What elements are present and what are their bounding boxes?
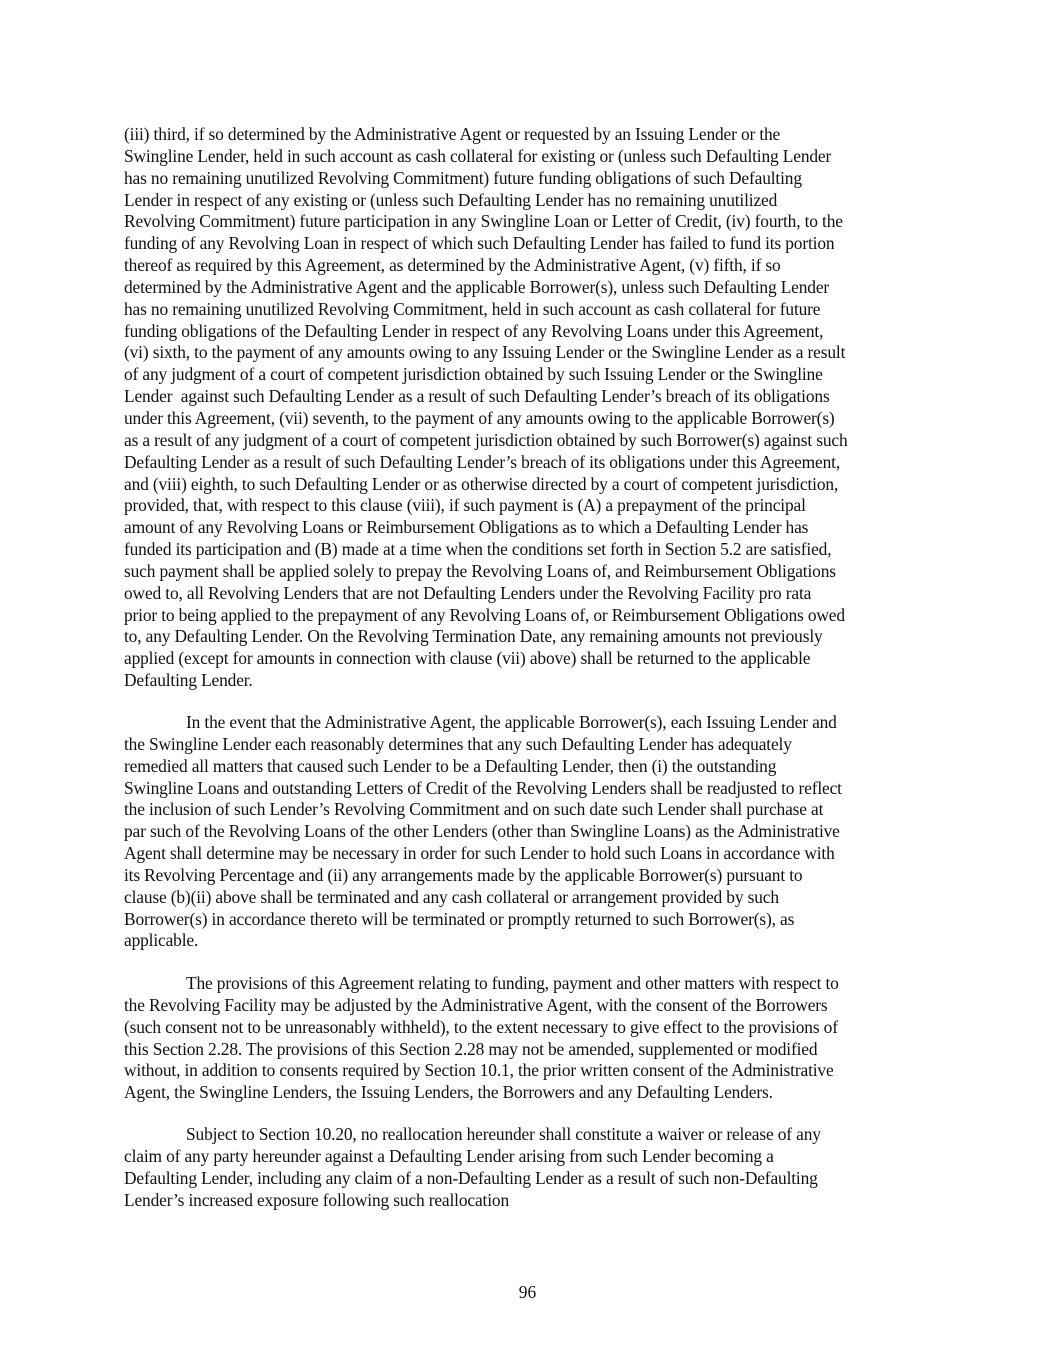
- text-line: to, any Defaulting Lender. On the Revolv…: [124, 626, 944, 648]
- text-line: Lender in respect of any existing or (un…: [124, 190, 944, 212]
- document-page: (iii) third, if so determined by the Adm…: [0, 0, 1055, 1365]
- text-line: (iii) third, if so determined by the Adm…: [124, 124, 944, 146]
- text-line: In the event that the Administrative Age…: [124, 712, 944, 734]
- text-line: this Section 2.28. The provisions of thi…: [124, 1039, 944, 1061]
- text-line: prior to being applied to the prepayment…: [124, 605, 944, 627]
- text-line: Revolving Commitment) future participati…: [124, 211, 944, 233]
- text-line: amount of any Revolving Loans or Reimbur…: [124, 517, 944, 539]
- text-line: provided, that, with respect to this cla…: [124, 495, 944, 517]
- text-line: Swingline Lender, held in such account a…: [124, 146, 944, 168]
- text-line: applicable.: [124, 930, 944, 952]
- text-line: Lender against such Defaulting Lender as…: [124, 386, 944, 408]
- text-line: Lender’s increased exposure following su…: [124, 1190, 944, 1212]
- text-line: thereof as required by this Agreement, a…: [124, 255, 944, 277]
- text-line: Defaulting Lender, including any claim o…: [124, 1168, 944, 1190]
- text-line: claim of any party hereunder against a D…: [124, 1146, 944, 1168]
- paragraph-provisions-adjustment: The provisions of this Agreement relatin…: [124, 973, 944, 1104]
- paragraph-waterfall-clauses: (iii) third, if so determined by the Adm…: [124, 124, 944, 692]
- text-line: funding of any Revolving Loan in respect…: [124, 233, 944, 255]
- text-line: under this Agreement, (vii) seventh, to …: [124, 408, 944, 430]
- text-line: has no remaining unutilized Revolving Co…: [124, 299, 944, 321]
- text-line: the inclusion of such Lender’s Revolving…: [124, 799, 944, 821]
- text-line: The provisions of this Agreement relatin…: [124, 973, 944, 995]
- text-line: Swingline Loans and outstanding Letters …: [124, 778, 944, 800]
- text-line: Borrower(s) in accordance thereto will b…: [124, 909, 944, 931]
- text-line: funding obligations of the Defaulting Le…: [124, 321, 944, 343]
- text-line: (such consent not to be unreasonably wit…: [124, 1017, 944, 1039]
- text-line: par such of the Revolving Loans of the o…: [124, 821, 944, 843]
- text-line: its Revolving Percentage and (ii) any ar…: [124, 865, 944, 887]
- text-line: as a result of any judgment of a court o…: [124, 430, 944, 452]
- text-line: Subject to Section 10.20, no reallocatio…: [124, 1124, 944, 1146]
- text-line: of any judgment of a court of competent …: [124, 364, 944, 386]
- paragraph-no-waiver: Subject to Section 10.20, no reallocatio…: [124, 1124, 944, 1211]
- text-line: determined by the Administrative Agent a…: [124, 277, 944, 299]
- text-line: Defaulting Lender.: [124, 670, 944, 692]
- text-line: such payment shall be applied solely to …: [124, 561, 944, 583]
- text-line: Agent shall determine may be necessary i…: [124, 843, 944, 865]
- text-line: Agent, the Swingline Lenders, the Issuin…: [124, 1082, 944, 1104]
- text-line: the Revolving Facility may be adjusted b…: [124, 995, 944, 1017]
- text-line: the Swingline Lender each reasonably det…: [124, 734, 944, 756]
- text-line: without, in addition to consents require…: [124, 1060, 944, 1082]
- text-line: remedied all matters that caused such Le…: [124, 756, 944, 778]
- text-line: (vi) sixth, to the payment of any amount…: [124, 342, 944, 364]
- paragraph-remedied-defaulting-lender: In the event that the Administrative Age…: [124, 712, 944, 952]
- text-line: Defaulting Lender as a result of such De…: [124, 452, 944, 474]
- text-line: applied (except for amounts in connectio…: [124, 648, 944, 670]
- text-line: and (viii) eighth, to such Defaulting Le…: [124, 474, 944, 496]
- page-number: 96: [0, 1282, 1055, 1303]
- text-line: has no remaining unutilized Revolving Co…: [124, 168, 944, 190]
- text-line: clause (b)(ii) above shall be terminated…: [124, 887, 944, 909]
- text-line: owed to, all Revolving Lenders that are …: [124, 583, 944, 605]
- text-line: funded its participation and (B) made at…: [124, 539, 944, 561]
